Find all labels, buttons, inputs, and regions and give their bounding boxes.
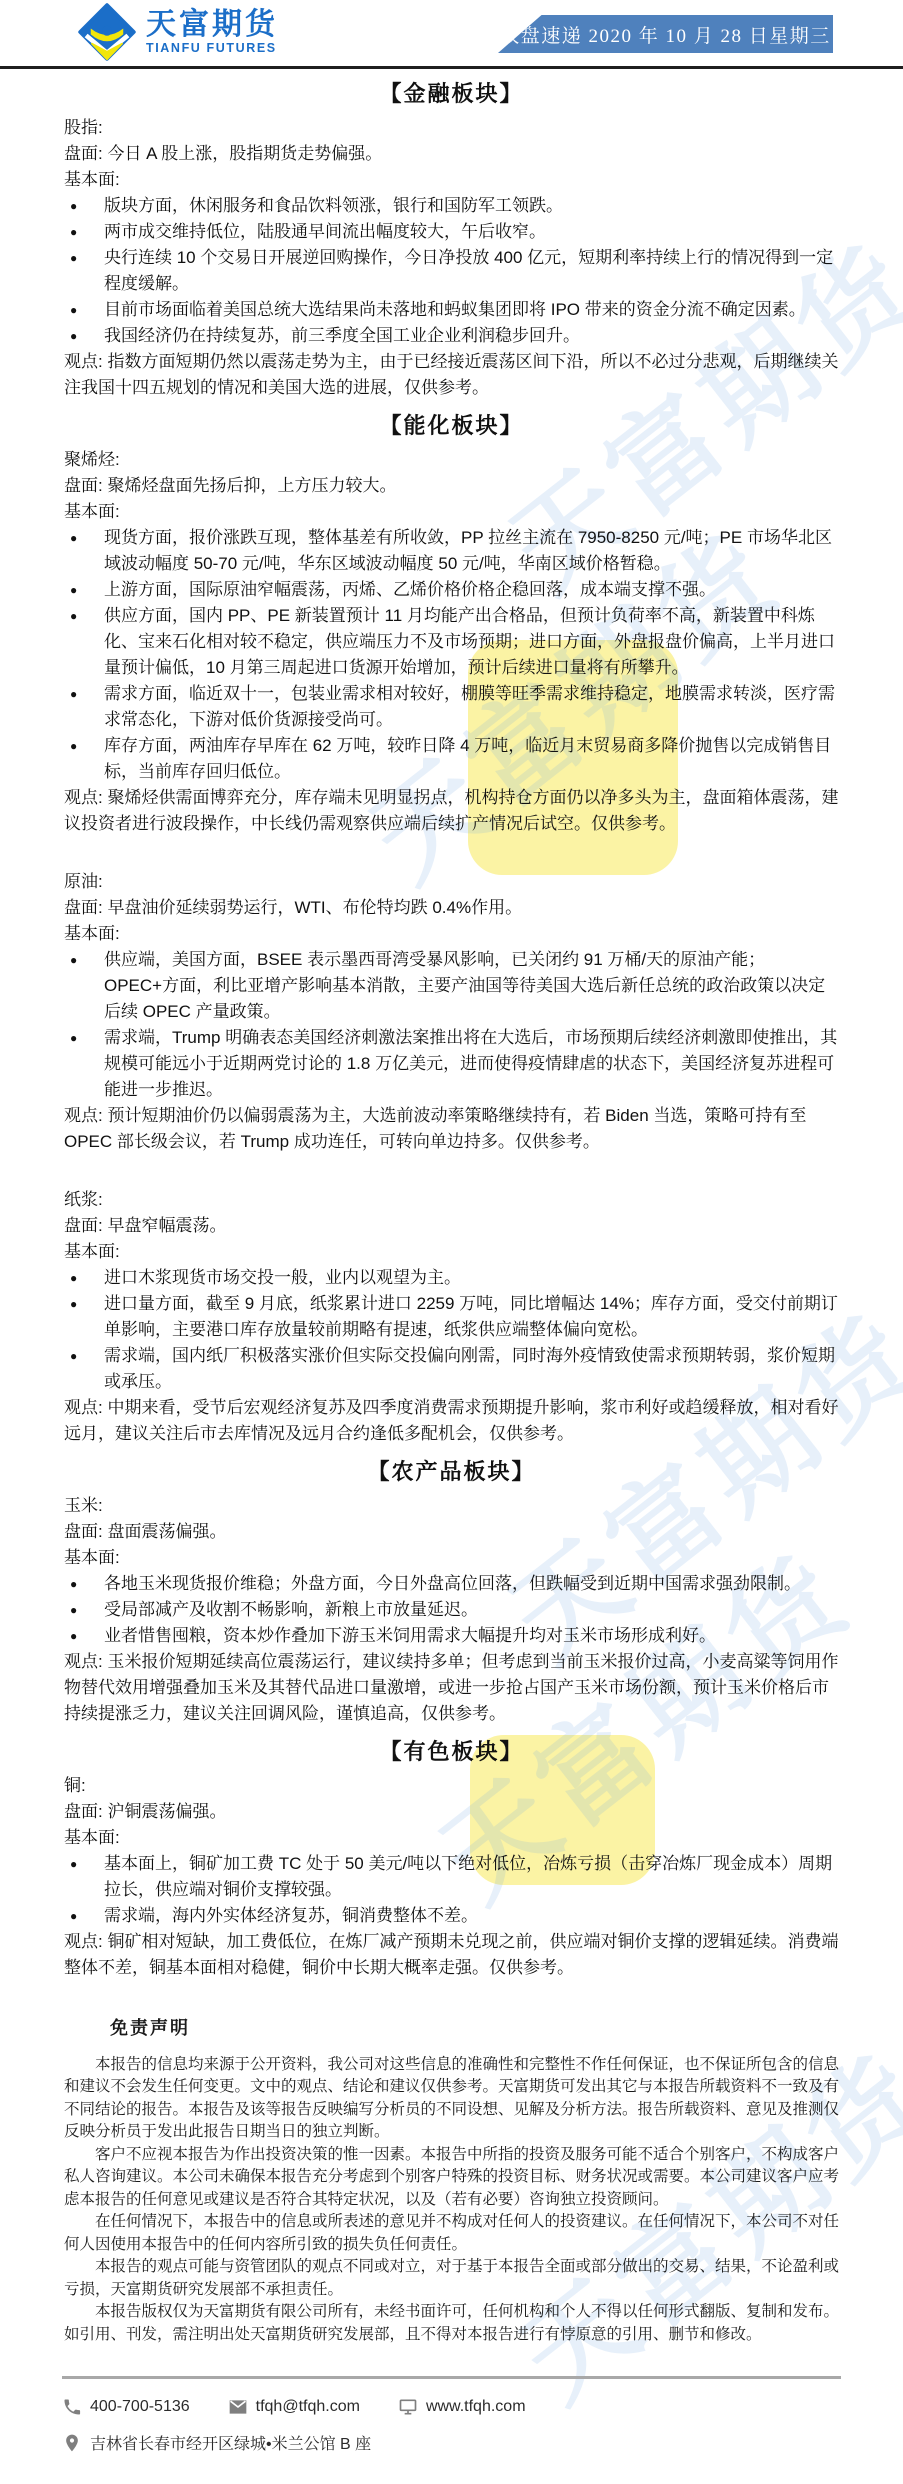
market-line: 盘面: 沪铜震荡偏强。 bbox=[64, 1799, 839, 1825]
bullet-dot: ● bbox=[64, 577, 104, 603]
bullet-item: ●我国经济仍在持续复苏，前三季度全国工业企业利润稳步回升。 bbox=[64, 323, 839, 349]
commodity-block-pulp: 纸浆: 盘面: 早盘窄幅震荡。 基本面: ●进口木浆现货市场交投一般，业内以观望… bbox=[64, 1187, 839, 1447]
bullet-text: 版块方面，休闲服务和食品饮料领涨，银行和国防军工领跌。 bbox=[104, 193, 839, 219]
bullet-text: 需求端，海内外实体经济复苏，铜消费整体不差。 bbox=[104, 1903, 839, 1929]
bullet-item: ●受局部减产及收割不畅影响，新粮上市放量延迟。 bbox=[64, 1597, 839, 1623]
commodity-name: 原油: bbox=[64, 869, 839, 895]
section-title-nonferrous: 【有色板块】 bbox=[64, 1739, 839, 1765]
bullet-text: 目前市场面临着美国总统大选结果尚未落地和蚂蚁集团即将 IPO 带来的资金分流不确… bbox=[104, 297, 839, 323]
address-item: 吉林省长春市经开区绿城•米兰公馆 B 座 bbox=[62, 2431, 371, 2454]
commodity-block-polyolefin: 聚烯烃: 盘面: 聚烯烃盘面先扬后抑，上方压力较大。 基本面: ●现货方面，报价… bbox=[64, 447, 839, 837]
bullet-dot: ● bbox=[64, 1851, 104, 1903]
footer-address-row: 吉林省长春市经开区绿城•米兰公馆 B 座 bbox=[62, 2431, 841, 2454]
bullet-text: 业者惜售囤粮，资本炒作叠加下游玉米饲用需求大幅提升均对玉米市场形成利好。 bbox=[104, 1623, 839, 1649]
email-item: tfqh@tfqh.com bbox=[228, 2397, 360, 2417]
logo-cn-text: 天富期货 bbox=[146, 9, 278, 41]
commodity-name: 铜: bbox=[64, 1773, 839, 1799]
commodity-block-copper: 铜: 盘面: 沪铜震荡偏强。 基本面: ●基本面上，铜矿加工费 TC 处于 50… bbox=[64, 1773, 839, 1981]
market-line: 盘面: 盘面震荡偏强。 bbox=[64, 1519, 839, 1545]
commodity-block-stock-index: 股指: 盘面: 今日 A 股上涨，股指期货走势偏强。 基本面: ●版块方面，休闲… bbox=[64, 115, 839, 401]
bullet-dot: ● bbox=[64, 947, 104, 1025]
bullet-dot: ● bbox=[64, 603, 104, 681]
report-page: 天富期货 天富期货 天富期货 天富期货 天富期货 天富期货 TIANFU FUT… bbox=[0, 0, 903, 2484]
bullet-dot: ● bbox=[64, 245, 104, 297]
commodity-name: 聚烯烃: bbox=[64, 447, 839, 473]
disclaimer-paragraph: 本报告版权仅为天富期货有限公司所有，未经书面许可，任何机构和个人不得以任何形式翻… bbox=[64, 2301, 839, 2346]
commodity-name: 纸浆: bbox=[64, 1187, 839, 1213]
bullet-item: ●需求端，Trump 明确表态美国经济刺激法案推出将在大选后，市场预期后续经济刺… bbox=[64, 1025, 839, 1103]
bullet-item: ●业者惜售囤粮，资本炒作叠加下游玉米饲用需求大幅提升均对玉米市场形成利好。 bbox=[64, 1623, 839, 1649]
disclaimer-paragraph: 本报告的观点可能与资管团队的观点不同或对立，对于基于本报告全面或部分做出的交易、… bbox=[64, 2256, 839, 2301]
viewpoint: 观点: 铜矿相对短缺，加工费低位，在炼厂减产预期未兑现之前，供应端对铜价支撑的逻… bbox=[64, 1929, 839, 1981]
commodity-block-crude-oil: 原油: 盘面: 早盘油价延续弱势运行，WTI、布伦特均跌 0.4%作用。 基本面… bbox=[64, 869, 839, 1155]
bullet-text: 我国经济仍在持续复苏，前三季度全国工业企业利润稳步回升。 bbox=[104, 323, 839, 349]
bullet-item: ●两市成交维持低位，陆股通早间流出幅度较大，午后收窄。 bbox=[64, 219, 839, 245]
section-title-agriculture: 【农产品板块】 bbox=[64, 1459, 839, 1485]
website-url: www.tfqh.com bbox=[426, 2398, 526, 2416]
viewpoint: 观点: 中期来看，受节后宏观经济复苏及四季度消费需求预期提升影响，浆市利好或趋缓… bbox=[64, 1395, 839, 1447]
logo-en-text: TIANFU FUTURES bbox=[146, 41, 278, 55]
phone-number: 400-700-5136 bbox=[90, 2398, 190, 2416]
report-body: 【金融板块】 股指: 盘面: 今日 A 股上涨，股指期货走势偏强。 基本面: ●… bbox=[0, 81, 903, 1981]
tianfu-logo-icon bbox=[78, 3, 136, 61]
footer: 400-700-5136 tfqh@tfqh.com www.tfqh.com … bbox=[0, 2376, 903, 2484]
commodity-name: 玉米: bbox=[64, 1493, 839, 1519]
bullet-dot: ● bbox=[64, 323, 104, 349]
bullet-item: ●上游方面，国际原油窄幅震荡，丙烯、乙烯价格价格企稳回落，成本端支撑不强。 bbox=[64, 577, 839, 603]
bullet-text: 需求端，Trump 明确表态美国经济刺激法案推出将在大选后，市场预期后续经济刺激… bbox=[104, 1025, 839, 1103]
market-line: 盘面: 聚烯烃盘面先扬后抑，上方压力较大。 bbox=[64, 473, 839, 499]
bullet-text: 基本面上，铜矿加工费 TC 处于 50 美元/吨以下绝对低位，冶炼亏损（击穿冶炼… bbox=[104, 1851, 839, 1903]
bullet-text: 各地玉米现货报价维稳；外盘方面，今日外盘高位回落，但跌幅受到近期中国需求强劲限制… bbox=[104, 1571, 839, 1597]
market-line: 盘面: 早盘油价延续弱势运行，WTI、布伦特均跌 0.4%作用。 bbox=[64, 895, 839, 921]
bullet-dot: ● bbox=[64, 1571, 104, 1597]
bullet-dot: ● bbox=[64, 193, 104, 219]
commodity-block-corn: 玉米: 盘面: 盘面震荡偏强。 基本面: ●各地玉米现货报价维稳；外盘方面，今日… bbox=[64, 1493, 839, 1727]
commodity-name: 股指: bbox=[64, 115, 839, 141]
bullet-dot: ● bbox=[64, 1903, 104, 1929]
tianfu-logo: 天富期货 TIANFU FUTURES bbox=[78, 3, 278, 61]
bullet-item: ●需求方面，临近双十一，包装业需求相对较好，棚膜等旺季需求维持稳定，地膜需求转淡… bbox=[64, 681, 839, 733]
basics-label: 基本面: bbox=[64, 499, 839, 525]
bullet-item: ●现货方面，报价涨跌互现，整体基差有所收敛，PP 拉丝主流在 7950-8250… bbox=[64, 525, 839, 577]
bullet-text: 上游方面，国际原油窄幅震荡，丙烯、乙烯价格价格企稳回落，成本端支撑不强。 bbox=[104, 577, 839, 603]
bullet-dot: ● bbox=[64, 219, 104, 245]
basics-label: 基本面: bbox=[64, 921, 839, 947]
bullet-text: 需求端，国内纸厂积极落实涨价但实际交投偏向刚需，同时海外疫情致使需求预期转弱，浆… bbox=[104, 1343, 839, 1395]
bullet-dot: ● bbox=[64, 1343, 104, 1395]
viewpoint: 观点: 预计短期油价仍以偏弱震荡为主，大选前波动率策略继续持有，若 Biden … bbox=[64, 1103, 839, 1155]
bullet-item: ●各地玉米现货报价维稳；外盘方面，今日外盘高位回落，但跌幅受到近期中国需求强劲限… bbox=[64, 1571, 839, 1597]
location-icon bbox=[62, 2433, 82, 2453]
bullet-dot: ● bbox=[64, 681, 104, 733]
bullet-text: 现货方面，报价涨跌互现，整体基差有所收敛，PP 拉丝主流在 7950-8250 … bbox=[104, 525, 839, 577]
viewpoint: 观点: 玉米报价短期延续高位震荡运行，建议续持多单；但考虑到当前玉米报价过高，小… bbox=[64, 1649, 839, 1727]
website-icon bbox=[398, 2397, 418, 2417]
bullet-dot: ● bbox=[64, 525, 104, 577]
email-icon bbox=[228, 2397, 248, 2417]
disclaimer-paragraph: 在任何情况下，本报告中的信息或所表述的意见并不构成对任何人的投资建议。在任何情况… bbox=[64, 2211, 839, 2256]
viewpoint: 观点: 指数方面短期仍然以震荡走势为主，由于已经接近震荡区间下沿，所以不必过分悲… bbox=[64, 349, 839, 401]
disclaimer-paragraph: 客户不应视本报告为作出投资决策的惟一因素。本报告中所指的投资及服务可能不适合个别… bbox=[64, 2144, 839, 2212]
bullet-text: 进口木浆现货市场交投一般，业内以观望为主。 bbox=[104, 1265, 839, 1291]
phone-item: 400-700-5136 bbox=[62, 2397, 190, 2417]
bullet-item: ●基本面上，铜矿加工费 TC 处于 50 美元/吨以下绝对低位，冶炼亏损（击穿冶… bbox=[64, 1851, 839, 1903]
basics-label: 基本面: bbox=[64, 167, 839, 193]
viewpoint: 观点: 聚烯烃供需面博弈充分，库存端未见明显拐点，机构持仓方面仍以净多头为主，盘… bbox=[64, 785, 839, 837]
bullet-dot: ● bbox=[64, 1597, 104, 1623]
bullet-text: 库存方面，两油库存早库在 62 万吨，较昨日降 4 万吨，临近月末贸易商多降价抛… bbox=[104, 733, 839, 785]
bullet-item: ●供应端，美国方面，BSEE 表示墨西哥湾受暴风影响，已关闭约 91 万桶/天的… bbox=[64, 947, 839, 1025]
website-item: www.tfqh.com bbox=[398, 2397, 526, 2417]
bullet-dot: ● bbox=[64, 1025, 104, 1103]
bullet-dot: ● bbox=[64, 1265, 104, 1291]
bullet-item: ●供应方面，国内 PP、PE 新装置预计 11 月均能产出合格品，但预计负荷率不… bbox=[64, 603, 839, 681]
section-title-energy-chem: 【能化板块】 bbox=[64, 413, 839, 439]
bullet-item: ●版块方面，休闲服务和食品饮料领涨，银行和国防军工领跌。 bbox=[64, 193, 839, 219]
bullet-text: 央行连续 10 个交易日开展逆回购操作，今日净投放 400 亿元，短期利率持续上… bbox=[104, 245, 839, 297]
footer-divider bbox=[62, 2376, 841, 2379]
bullet-text: 两市成交维持低位，陆股通早间流出幅度较大，午后收窄。 bbox=[104, 219, 839, 245]
address-text: 吉林省长春市经开区绿城•米兰公馆 B 座 bbox=[90, 2431, 371, 2454]
bullet-item: ●央行连续 10 个交易日开展逆回购操作，今日净投放 400 亿元，短期利率持续… bbox=[64, 245, 839, 297]
disclaimer-title: 免责声明 bbox=[110, 2017, 839, 2040]
header: 天富期货 TIANFU FUTURES 收盘速递 2020 年 10 月 28 … bbox=[0, 0, 903, 66]
bullet-item: ●进口木浆现货市场交投一般，业内以观望为主。 bbox=[64, 1265, 839, 1291]
bullet-text: 进口量方面，截至 9 月底，纸浆累计进口 2259 万吨，同比增幅达 14%；库… bbox=[104, 1291, 839, 1343]
bullet-item: ●需求端，海内外实体经济复苏，铜消费整体不差。 bbox=[64, 1903, 839, 1929]
disclaimer: 免责声明 本报告的信息均来源于公开资料，我公司对这些信息的准确性和完整性不作任何… bbox=[0, 2017, 903, 2346]
market-line: 盘面: 早盘窄幅震荡。 bbox=[64, 1213, 839, 1239]
bullet-text: 供应端，美国方面，BSEE 表示墨西哥湾受暴风影响，已关闭约 91 万桶/天的原… bbox=[104, 947, 839, 1025]
bullet-dot: ● bbox=[64, 1623, 104, 1649]
bullet-text: 受局部减产及收割不畅影响，新粮上市放量延迟。 bbox=[104, 1597, 839, 1623]
bullet-item: ●库存方面，两油库存早库在 62 万吨，较昨日降 4 万吨，临近月末贸易商多降价… bbox=[64, 733, 839, 785]
email-address: tfqh@tfqh.com bbox=[256, 2398, 360, 2416]
bullet-item: ●需求端，国内纸厂积极落实涨价但实际交投偏向刚需，同时海外疫情致使需求预期转弱，… bbox=[64, 1343, 839, 1395]
basics-label: 基本面: bbox=[64, 1545, 839, 1571]
bullet-dot: ● bbox=[64, 1291, 104, 1343]
bullet-dot: ● bbox=[64, 297, 104, 323]
banner-text: 收盘速递 2020 年 10 月 28 日星期三 bbox=[500, 21, 831, 48]
report-date-banner: 收盘速递 2020 年 10 月 28 日星期三 bbox=[498, 15, 833, 53]
footer-contact-row: 400-700-5136 tfqh@tfqh.com www.tfqh.com bbox=[62, 2397, 841, 2417]
header-divider bbox=[0, 66, 903, 69]
bullet-text: 供应方面，国内 PP、PE 新装置预计 11 月均能产出合格品，但预计负荷率不高… bbox=[104, 603, 839, 681]
bullet-dot: ● bbox=[64, 733, 104, 785]
basics-label: 基本面: bbox=[64, 1239, 839, 1265]
phone-icon bbox=[62, 2397, 82, 2417]
bullet-item: ●目前市场面临着美国总统大选结果尚未落地和蚂蚁集团即将 IPO 带来的资金分流不… bbox=[64, 297, 839, 323]
bullet-text: 需求方面，临近双十一，包装业需求相对较好，棚膜等旺季需求维持稳定，地膜需求转淡，… bbox=[104, 681, 839, 733]
disclaimer-paragraph: 本报告的信息均来源于公开资料，我公司对这些信息的准确性和完整性不作任何保证，也不… bbox=[64, 2054, 839, 2144]
section-title-finance: 【金融板块】 bbox=[64, 81, 839, 107]
bullet-item: ●进口量方面，截至 9 月底，纸浆累计进口 2259 万吨，同比增幅达 14%；… bbox=[64, 1291, 839, 1343]
market-line: 盘面: 今日 A 股上涨，股指期货走势偏强。 bbox=[64, 141, 839, 167]
basics-label: 基本面: bbox=[64, 1825, 839, 1851]
